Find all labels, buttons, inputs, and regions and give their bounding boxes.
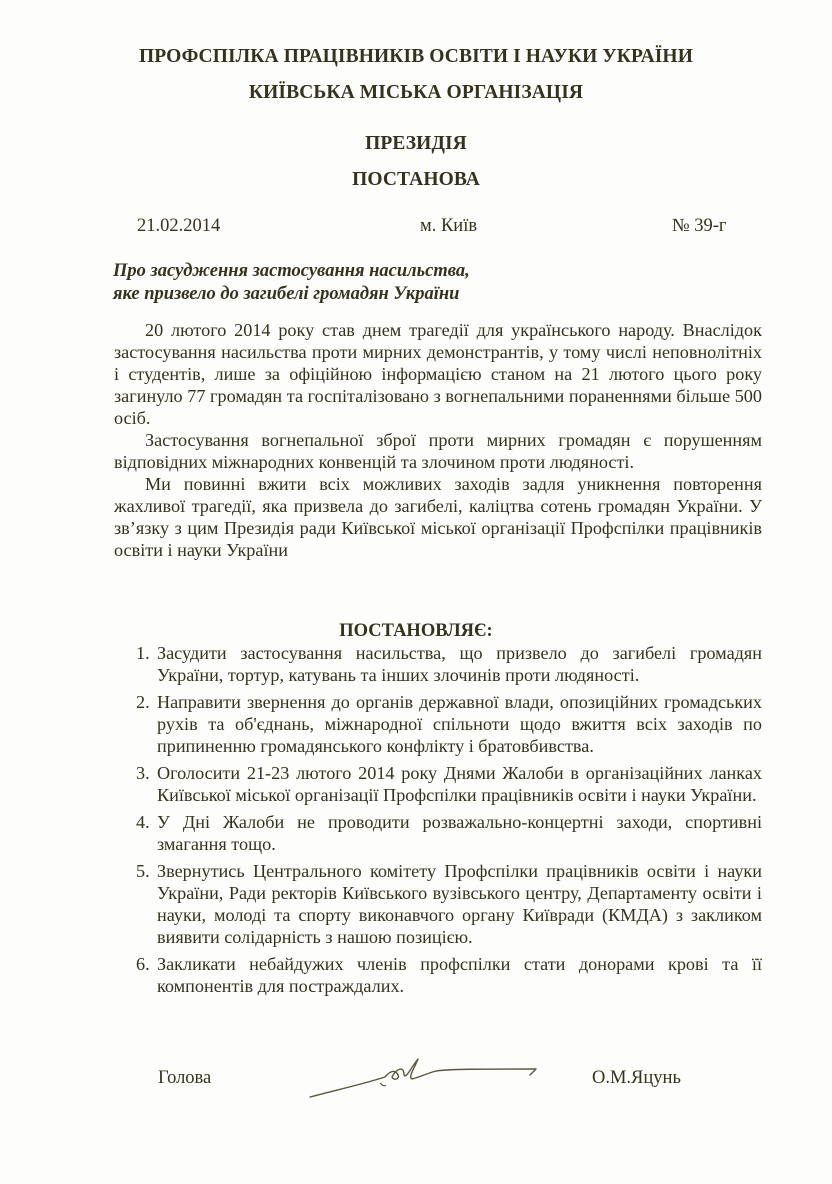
signatory-title: Голова — [158, 1068, 211, 1089]
decree-item-text: Засудити застосування насильства, що при… — [157, 643, 762, 685]
document-city: м. Київ — [420, 216, 477, 237]
document-page: ПРОФСПІЛКА ПРАЦІВНИКІВ ОСВІТИ І НАУКИ УК… — [0, 0, 832, 1184]
paragraph-2: Застосування вогнепальної зброї проти ми… — [114, 429, 762, 473]
document-number: № 39-г — [672, 216, 727, 237]
decree-item-text: Закликати небайдужих членів профспілки с… — [157, 954, 762, 996]
document-subject: Про засудження застосування насильства, … — [113, 260, 470, 306]
paragraph-1: 20 лютого 2014 року став днем трагедії д… — [114, 319, 762, 429]
body-title: ПРЕЗИДІЯ — [0, 133, 832, 155]
decree-item-number: 2. — [136, 691, 150, 713]
decree-item-number: 3. — [136, 762, 150, 784]
decree-item-number: 5. — [136, 860, 150, 882]
subject-line-1: Про засудження застосування насильства, — [113, 260, 470, 283]
document-meta: 21.02.2014 м. Київ № 39-г — [0, 216, 832, 240]
subject-line-2: яке призвело до загибелі громадян Україн… — [113, 283, 470, 306]
decree-item: 3.Оголосити 21-23 лютого 2014 року Днями… — [114, 762, 762, 806]
organization-title: ПРОФСПІЛКА ПРАЦІВНИКІВ ОСВІТИ І НАУКИ УК… — [0, 46, 832, 68]
decree-heading: ПОСТАНОВЛЯЄ: — [0, 621, 832, 642]
document-type-title: ПОСТАНОВА — [0, 169, 832, 191]
decree-list: 1.Засудити застосування насильства, що п… — [114, 642, 762, 1002]
decree-item-text: Направити звернення до органів державної… — [157, 692, 762, 756]
decree-item: 5.Звернутись Центрального комітету Профс… — [114, 860, 762, 948]
decree-item-text: Звернутись Центрального комітету Профспі… — [157, 861, 762, 947]
preamble: 20 лютого 2014 року став днем трагедії д… — [114, 319, 762, 561]
sub-organization-title: КИЇВСЬКА МІСЬКА ОРГАНІЗАЦІЯ — [0, 82, 832, 104]
decree-item: 1.Засудити застосування насильства, що п… — [114, 642, 762, 686]
decree-item-number: 1. — [136, 642, 150, 664]
decree-item-text: Оголосити 21-23 лютого 2014 року Днями Ж… — [157, 763, 762, 805]
document-date: 21.02.2014 — [137, 216, 220, 237]
decree-item-number: 6. — [136, 953, 150, 975]
decree-item: 4.У Дні Жалоби не проводити розважально-… — [114, 811, 762, 855]
handwritten-signature-icon — [300, 1055, 540, 1105]
decree-item-text: У Дні Жалоби не проводити розважально-ко… — [157, 812, 762, 854]
paragraph-3: Ми повинні вжити всіх можливих заходів з… — [114, 473, 762, 561]
decree-item-number: 4. — [136, 811, 150, 833]
signatory-name: О.М.Яцунь — [592, 1068, 681, 1089]
decree-item: 2.Направити звернення до органів державн… — [114, 691, 762, 757]
decree-item: 6.Закликати небайдужих членів профспілки… — [114, 953, 762, 997]
